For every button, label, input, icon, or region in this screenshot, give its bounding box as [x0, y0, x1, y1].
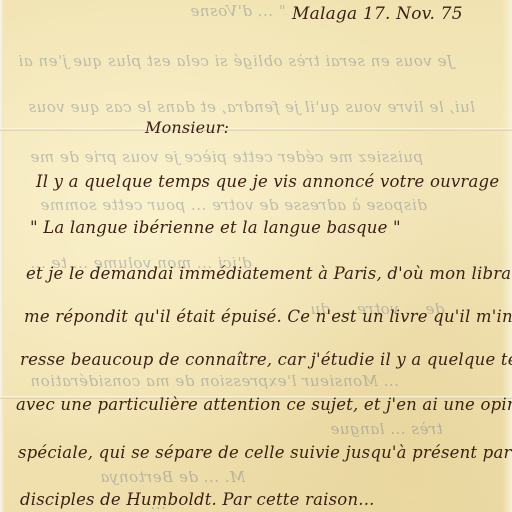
letter-body-line: et je le demandai immédiatement à Paris,…: [26, 264, 512, 283]
bleed-through-line: lui, le livre vous qu'il je fendra, et d…: [28, 98, 475, 116]
letter-page: " ... d'Vosne Je vous en serai très obli…: [0, 0, 512, 512]
letter-body-line: avec une particulière attention ce sujet…: [16, 395, 512, 414]
letter-body-line: Il y a quelque temps que je vis annoncé …: [36, 172, 499, 191]
bleed-through-line: très ... langue: [330, 420, 443, 438]
paper-right-edge: [502, 0, 512, 512]
bleed-through-line: M. ... de Bertonya: [100, 468, 245, 486]
bleed-through-line: " ... d'Vosne: [190, 2, 286, 20]
letter-body-line: disciples de Humboldt. Par cette raison.…: [20, 490, 375, 509]
letter-dateline: Malaga 17. Nov. 75: [292, 4, 463, 24]
bleed-through-line: Je vous en serai très obligé si cela est…: [18, 52, 453, 70]
letter-body-line: spéciale, qui se sépare de celle suivie …: [18, 443, 512, 462]
bleed-through-line: dispose à adresse de votre ... pour cett…: [40, 196, 427, 214]
letter-body-line: " La langue ibérienne et la langue basqu…: [30, 218, 401, 237]
paper-left-edge: [0, 0, 4, 512]
letter-body-line: resse beaucoup de connaître, car j'étudi…: [20, 350, 512, 369]
letter-salutation: Monsieur:: [145, 118, 229, 137]
letter-body-line: me répondit qu'il était épuisé. Ce n'est…: [24, 307, 512, 326]
bleed-through-line: puissiez me céder cette pièce je vous pr…: [30, 148, 423, 166]
fold-line-upper: [0, 128, 512, 131]
bleed-through-line: ... Monsieur l'expression de ma considér…: [30, 372, 399, 390]
